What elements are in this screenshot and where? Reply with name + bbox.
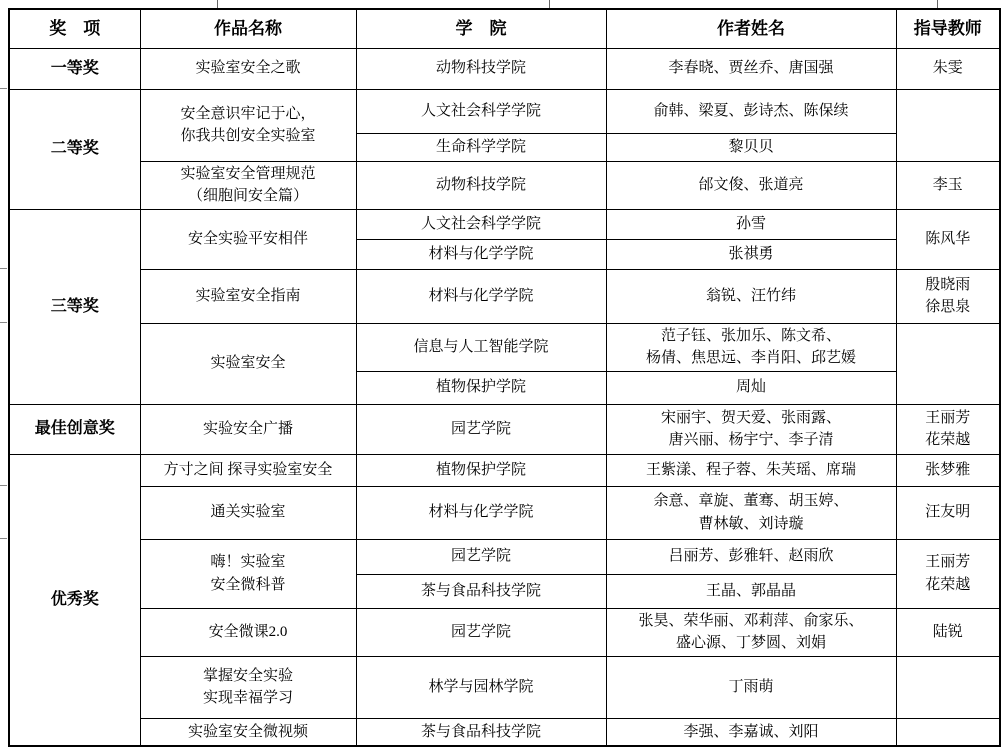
college-cell: 茶与食品科技学院 <box>356 574 606 608</box>
table-row: 通关实验室材料与化学学院余意、章旋、董骞、胡玉婷、 曹林敏、刘诗璇汪友明 <box>9 486 1000 539</box>
college-cell: 信息与人工智能学院 <box>356 323 606 371</box>
gridline-stub <box>0 88 7 89</box>
authors-cell: 黎贝贝 <box>606 133 896 161</box>
work-cell: 实验室安全之歌 <box>140 48 356 89</box>
authors-cell: 翁锐、汪竹纬 <box>606 269 896 323</box>
advisor-cell <box>896 656 1000 718</box>
authors-cell: 王晶、郭晶晶 <box>606 574 896 608</box>
document-page: 奖 项作品名称学 院作者姓名指导教师 一等奖实验室安全之歌动物科技学院李春晓、贾… <box>0 0 1007 752</box>
award-cell: 优秀奖 <box>9 454 140 746</box>
authors-cell: 张昊、荣华丽、邓莉萍、俞家乐、 盛心源、丁梦圆、刘娟 <box>606 608 896 656</box>
advisor-cell <box>896 323 1000 404</box>
table-body: 一等奖实验室安全之歌动物科技学院李春晓、贾丝乔、唐国强朱雯二等奖安全意识牢记于心… <box>9 48 1000 746</box>
work-cell: 实验室安全微视频 <box>140 718 356 746</box>
gridline-stub <box>217 0 218 8</box>
advisor-cell: 陈风华 <box>896 209 1000 269</box>
college-cell: 茶与食品科技学院 <box>356 718 606 746</box>
table-row: 安全微课2.0园艺学院张昊、荣华丽、邓莉萍、俞家乐、 盛心源、丁梦圆、刘娟陆锐 <box>9 608 1000 656</box>
college-cell: 园艺学院 <box>356 404 606 454</box>
work-cell: 方寸之间 探寻实验室安全 <box>140 454 356 486</box>
authors-cell: 余意、章旋、董骞、胡玉婷、 曹林敏、刘诗璇 <box>606 486 896 539</box>
college-cell: 材料与化学学院 <box>356 486 606 539</box>
college-cell: 人文社会科学学院 <box>356 209 606 239</box>
authors-cell: 李春晓、贾丝乔、唐国强 <box>606 48 896 89</box>
award-cell: 三等奖 <box>9 209 140 404</box>
table-row: 三等奖安全实验平安相伴人文社会科学学院孙雪陈风华 <box>9 209 1000 239</box>
table-row: 实验室安全信息与人工智能学院范子钰、张加乐、陈文希、 杨倩、焦思远、李肖阳、邱艺… <box>9 323 1000 371</box>
work-cell: 实验安全广播 <box>140 404 356 454</box>
award-cell: 二等奖 <box>9 89 140 209</box>
authors-cell: 王紫漾、程子蓉、朱芙瑶、席瑞 <box>606 454 896 486</box>
advisor-cell: 王丽芳 花荣越 <box>896 404 1000 454</box>
awards-table: 奖 项作品名称学 院作者姓名指导教师 一等奖实验室安全之歌动物科技学院李春晓、贾… <box>8 8 1001 747</box>
award-cell: 一等奖 <box>9 48 140 89</box>
table-row: 二等奖安全意识牢记于心， 你我共创安全实验室人文社会科学学院俞韩、梁夏、彭诗杰、… <box>9 89 1000 133</box>
header-award: 奖 项 <box>9 9 140 48</box>
gridline-stub <box>0 268 7 269</box>
table-row: 最佳创意奖实验安全广播园艺学院宋丽宇、贺天爱、张雨露、 唐兴丽、杨宇宁、李子清王… <box>9 404 1000 454</box>
table-row: 掌握安全实验 实现幸福学习林学与园林学院丁雨萌 <box>9 656 1000 718</box>
work-cell: 实验室安全管理规范 （细胞间安全篇） <box>140 161 356 209</box>
header-work: 作品名称 <box>140 9 356 48</box>
table-row: 嗨！实验室 安全微科普园艺学院吕丽芳、彭雅轩、赵雨欣王丽芳 花荣越 <box>9 539 1000 574</box>
advisor-cell <box>896 89 1000 161</box>
college-cell: 植物保护学院 <box>356 454 606 486</box>
advisor-cell: 王丽芳 花荣越 <box>896 539 1000 608</box>
table-row: 实验室安全微视频茶与食品科技学院李强、李嘉诚、刘阳 <box>9 718 1000 746</box>
work-cell: 掌握安全实验 实现幸福学习 <box>140 656 356 718</box>
authors-cell: 李强、李嘉诚、刘阳 <box>606 718 896 746</box>
college-cell: 林学与园林学院 <box>356 656 606 718</box>
college-cell: 生命科学学院 <box>356 133 606 161</box>
advisor-cell: 朱雯 <box>896 48 1000 89</box>
authors-cell: 吕丽芳、彭雅轩、赵雨欣 <box>606 539 896 574</box>
table-row: 优秀奖方寸之间 探寻实验室安全植物保护学院王紫漾、程子蓉、朱芙瑶、席瑞张梦雅 <box>9 454 1000 486</box>
college-cell: 动物科技学院 <box>356 48 606 89</box>
authors-cell: 张祺勇 <box>606 239 896 269</box>
authors-cell: 周灿 <box>606 371 896 404</box>
college-cell: 材料与化学学院 <box>356 239 606 269</box>
college-cell: 植物保护学院 <box>356 371 606 404</box>
advisor-cell: 汪友明 <box>896 486 1000 539</box>
authors-cell: 丁雨萌 <box>606 656 896 718</box>
work-cell: 安全意识牢记于心， 你我共创安全实验室 <box>140 89 356 161</box>
table-row: 实验室安全管理规范 （细胞间安全篇）动物科技学院邰文俊、张道亮李玉 <box>9 161 1000 209</box>
advisor-cell <box>896 718 1000 746</box>
advisor-cell: 李玉 <box>896 161 1000 209</box>
work-cell: 嗨！实验室 安全微科普 <box>140 539 356 608</box>
advisor-cell: 陆锐 <box>896 608 1000 656</box>
table-row: 实验室安全指南材料与化学学院翁锐、汪竹纬殷晓雨 徐思泉 <box>9 269 1000 323</box>
work-cell: 通关实验室 <box>140 486 356 539</box>
college-cell: 材料与化学学院 <box>356 269 606 323</box>
gridline-stub <box>0 485 7 486</box>
authors-cell: 邰文俊、张道亮 <box>606 161 896 209</box>
college-cell: 动物科技学院 <box>356 161 606 209</box>
authors-cell: 范子钰、张加乐、陈文希、 杨倩、焦思远、李肖阳、邱艺媛 <box>606 323 896 371</box>
table-row: 一等奖实验室安全之歌动物科技学院李春晓、贾丝乔、唐国强朱雯 <box>9 48 1000 89</box>
gridline-stub <box>0 322 7 323</box>
college-cell: 人文社会科学学院 <box>356 89 606 133</box>
gridline-stub <box>549 0 550 8</box>
authors-cell: 俞韩、梁夏、彭诗杰、陈保续 <box>606 89 896 133</box>
table-header-row: 奖 项作品名称学 院作者姓名指导教师 <box>9 9 1000 48</box>
college-cell: 园艺学院 <box>356 539 606 574</box>
award-cell: 最佳创意奖 <box>9 404 140 454</box>
work-cell: 实验室安全 <box>140 323 356 404</box>
advisor-cell: 殷晓雨 徐思泉 <box>896 269 1000 323</box>
work-cell: 安全微课2.0 <box>140 608 356 656</box>
authors-cell: 宋丽宇、贺天爱、张雨露、 唐兴丽、杨宇宁、李子清 <box>606 404 896 454</box>
gridline-stub <box>937 0 938 8</box>
advisor-cell: 张梦雅 <box>896 454 1000 486</box>
header-college: 学 院 <box>356 9 606 48</box>
work-cell: 实验室安全指南 <box>140 269 356 323</box>
college-cell: 园艺学院 <box>356 608 606 656</box>
header-authors: 作者姓名 <box>606 9 896 48</box>
work-cell: 安全实验平安相伴 <box>140 209 356 269</box>
gridline-stub <box>0 538 7 539</box>
header-advisor: 指导教师 <box>896 9 1000 48</box>
authors-cell: 孙雪 <box>606 209 896 239</box>
